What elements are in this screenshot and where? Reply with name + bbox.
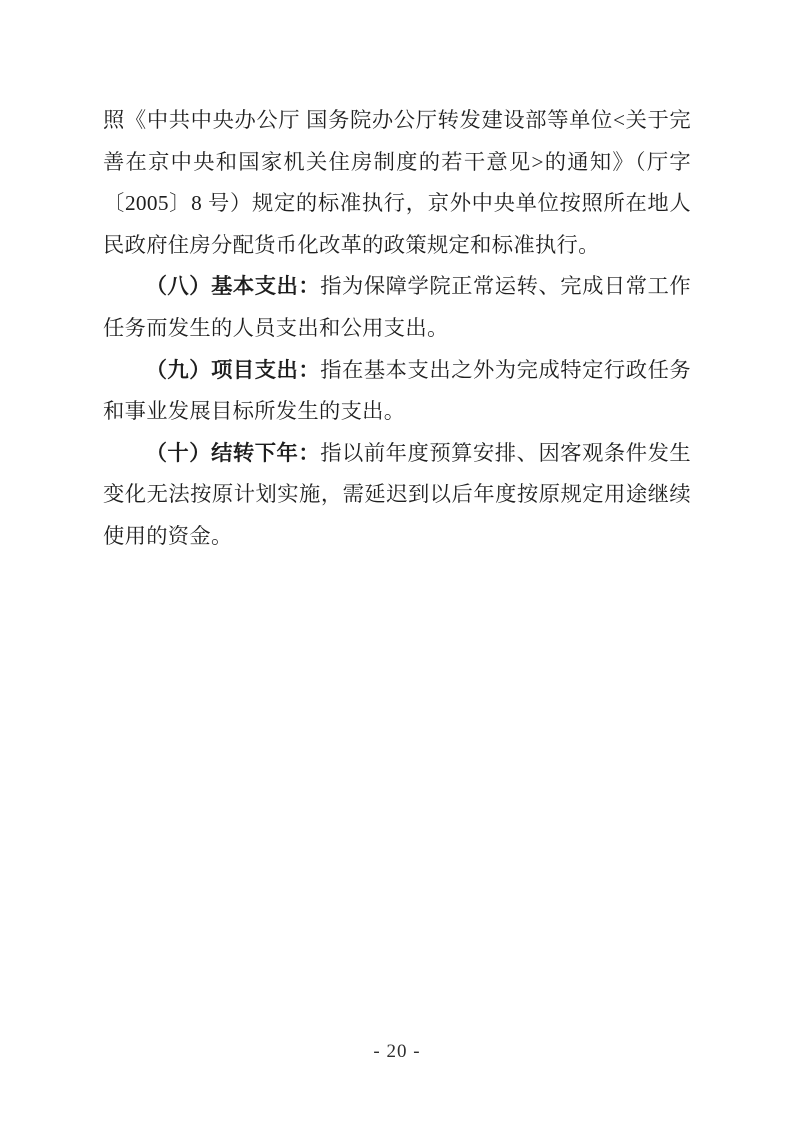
- paragraph-text: 照《中共中央办公厅 国务院办公厅转发建设部等单位<关于完善在京中央和国家机关住房…: [103, 108, 691, 257]
- paragraph: （十）结转下年：指以前年度预算安排、因客观条件发生变化无法按原计划实施，需延迟到…: [103, 433, 691, 558]
- paragraph-lead: （八）基本支出：: [146, 274, 321, 298]
- paragraph-lead: （十）结转下年：: [146, 441, 321, 465]
- document-page: 照《中共中央办公厅 国务院办公厅转发建设部等单位<关于完善在京中央和国家机关住房…: [0, 0, 794, 1123]
- page-number: - 20 -: [0, 1042, 794, 1061]
- paragraph: （九）项目支出：指在基本支出之外为完成特定行政任务和事业发展目标所发生的支出。: [103, 350, 691, 433]
- paragraph: 照《中共中央办公厅 国务院办公厅转发建设部等单位<关于完善在京中央和国家机关住房…: [103, 100, 691, 266]
- document-body: 照《中共中央办公厅 国务院办公厅转发建设部等单位<关于完善在京中央和国家机关住房…: [103, 100, 691, 558]
- paragraph: （八）基本支出：指为保障学院正常运转、完成日常工作任务而发生的人员支出和公用支出…: [103, 266, 691, 349]
- paragraph-lead: （九）项目支出：: [146, 358, 321, 382]
